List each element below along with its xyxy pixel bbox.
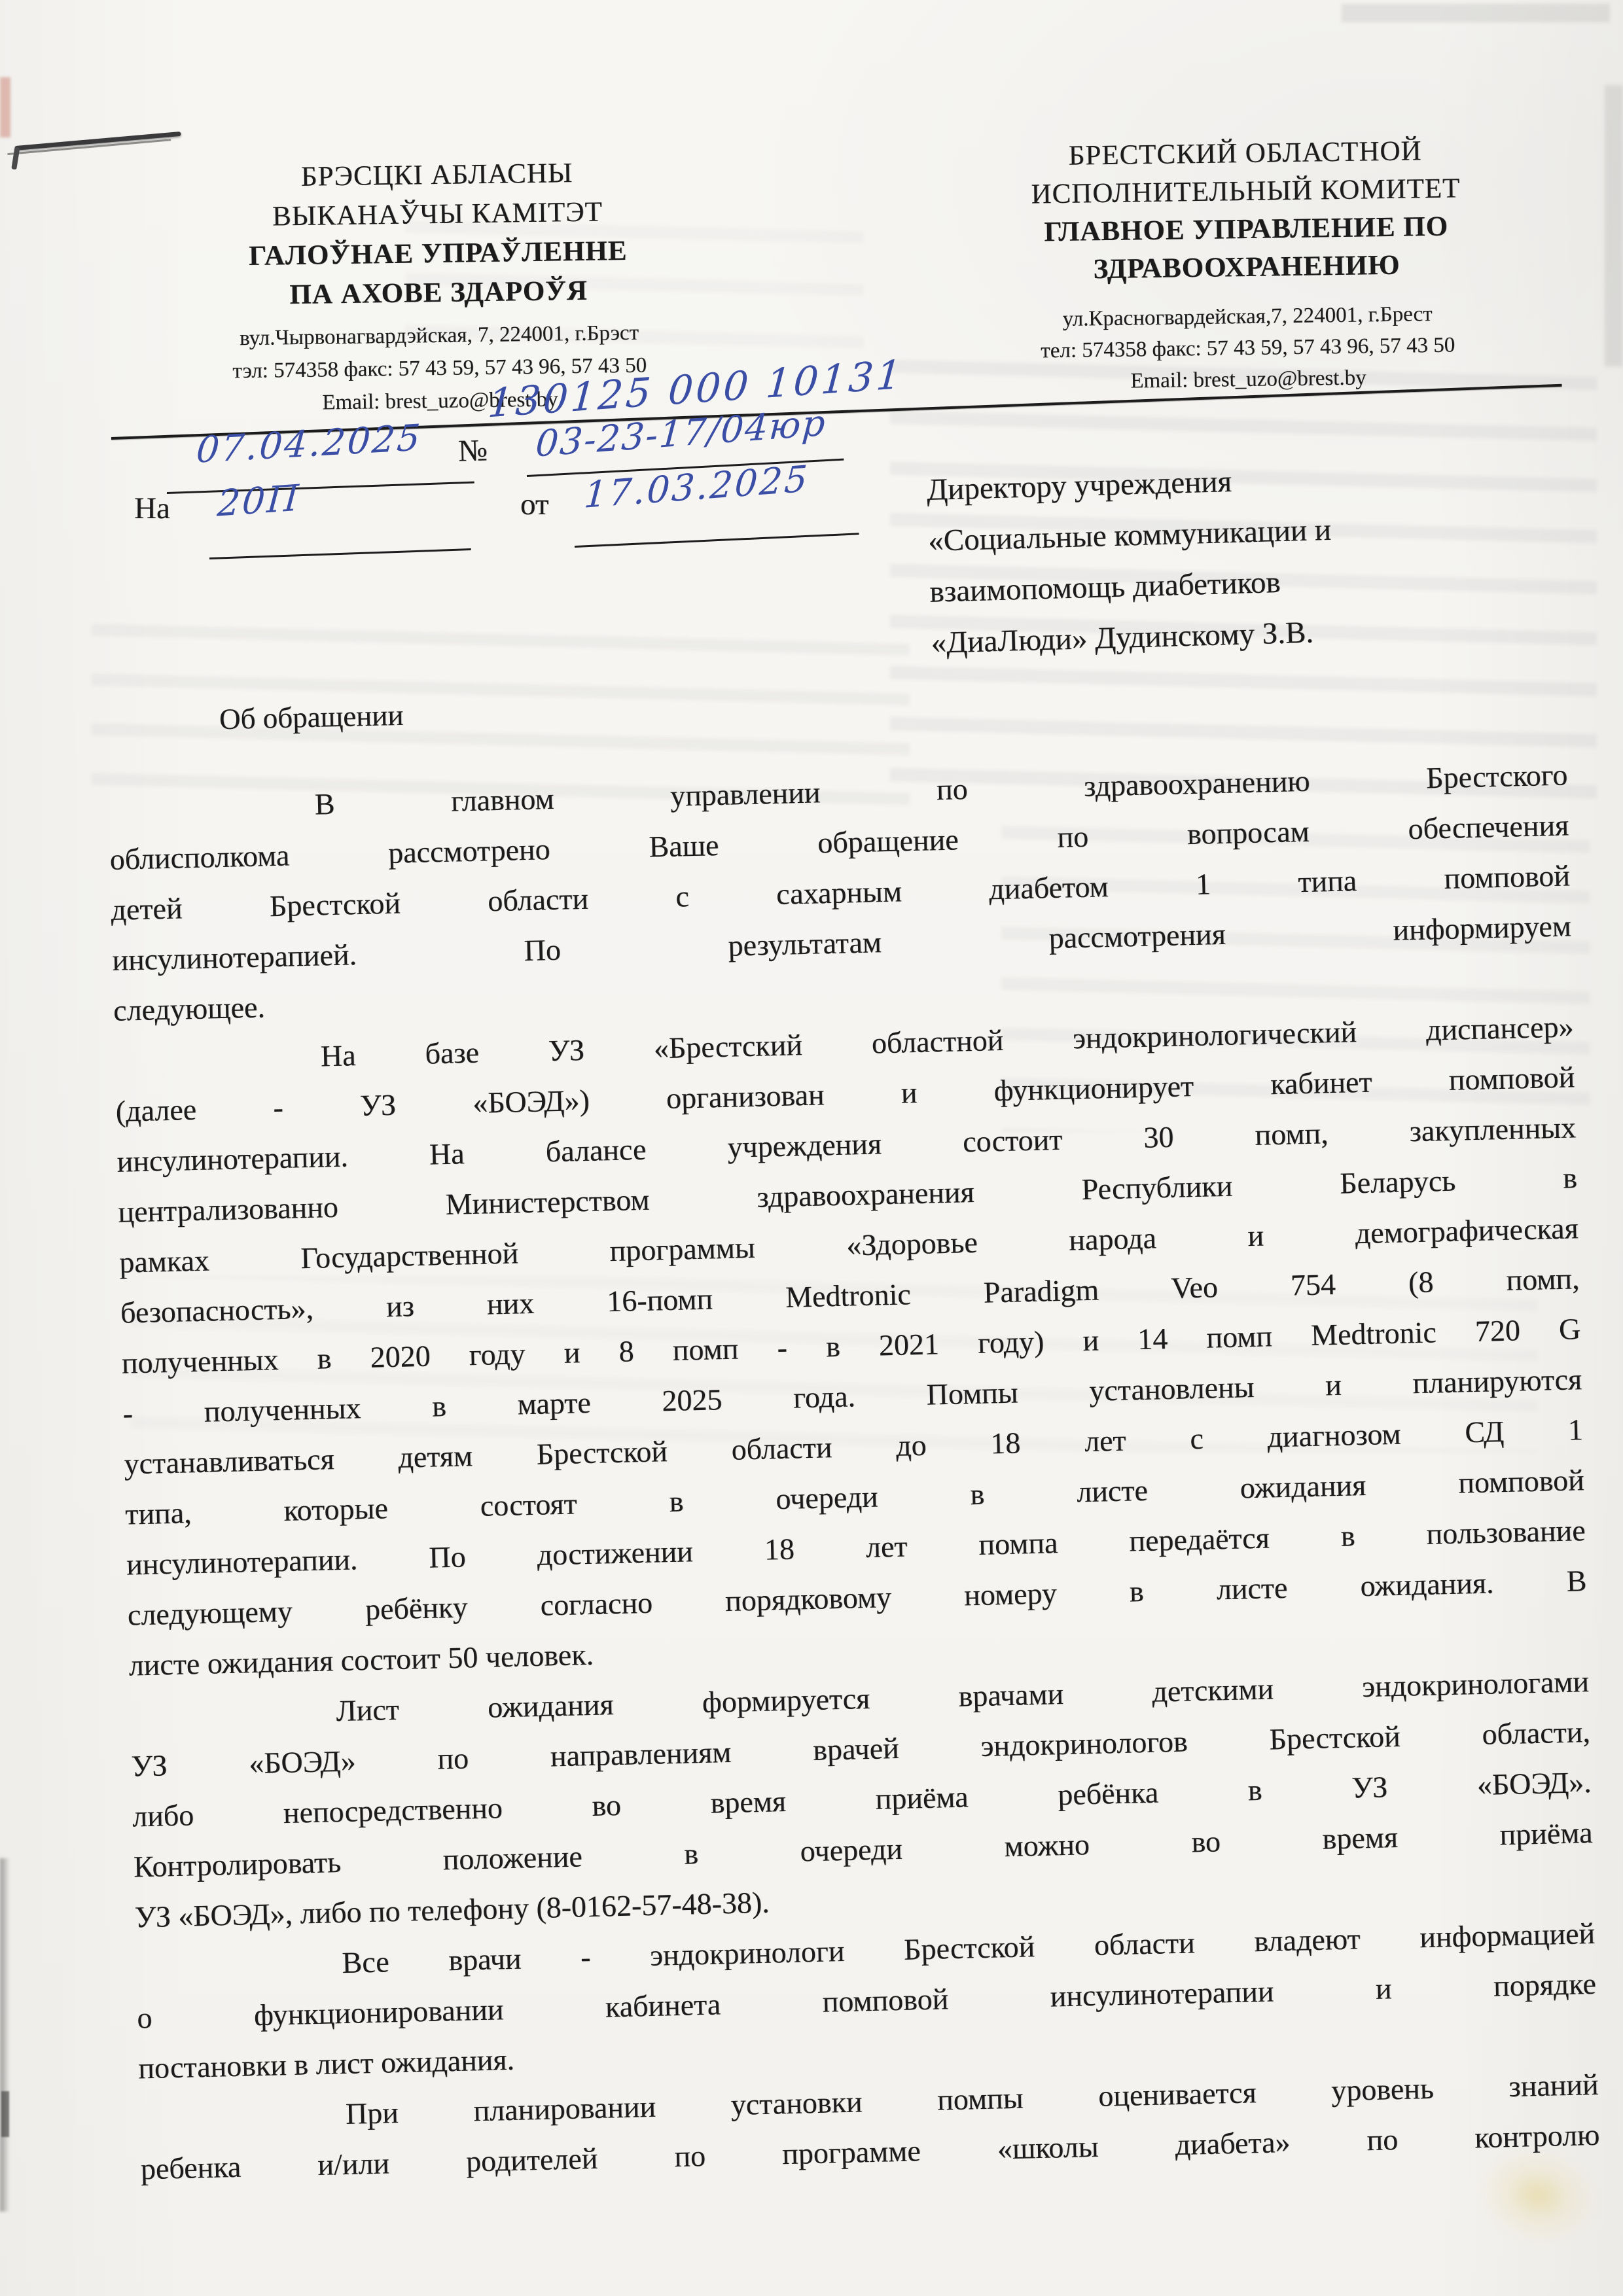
letterhead-right-org: БРЕСТСКИЙ ОБЛАСТНОЙИСПОЛНИТЕЛЬНЫЙ КОМИТЕ…	[914, 130, 1577, 291]
subject-line: Об обращении	[219, 698, 403, 736]
addressee-block: Директору учреждения«Социальные коммуник…	[926, 448, 1533, 669]
scanned-letter-page: БРЭСЦКІ АБЛАСНЫВЫКАНАЎЧЫ КАМІТЭТГАЛОЎНАЕ…	[0, 0, 1623, 2296]
letterhead-right-address: ул.Красногвардейская,7, 224001, г.Брестт…	[917, 296, 1579, 400]
incoming-reference-handwritten: 20П	[216, 476, 302, 524]
scan-edge-smudge-right	[1605, 85, 1623, 366]
incoming-date-handwritten: 17.03.2025	[582, 457, 810, 516]
scan-edge-smudge	[0, 1858, 10, 2212]
scan-streak	[1342, 4, 1610, 22]
na-label: На	[134, 491, 170, 526]
ot-label: от	[520, 487, 548, 522]
letterhead-right: БРЕСТСКИЙ ОБЛАСТНОЙИСПОЛНИТЕЛЬНЫЙ КОМИТЕ…	[914, 130, 1578, 400]
staple-mark	[14, 132, 181, 150]
incoming-date-underline	[575, 533, 859, 548]
scan-edge-tick	[1, 2091, 9, 2137]
number-sign-label: №	[457, 433, 488, 468]
outgoing-date-underline	[167, 482, 474, 494]
letterhead-left-org: БРЭСЦКІ АБЛАСНЫВЫКАНАЎЧЫ КАМІТЭТГАЛОЎНАЕ…	[142, 152, 733, 317]
body-text: В главном управлении по здравоохранению …	[108, 749, 1600, 2194]
incoming-reference-underline	[209, 548, 471, 559]
outgoing-date-handwritten: 07.04.2025	[195, 416, 424, 471]
org-name-line: ПА АХОВЕ ЗДАРОЎЯ	[144, 270, 734, 317]
scan-edge-mark	[0, 77, 10, 137]
